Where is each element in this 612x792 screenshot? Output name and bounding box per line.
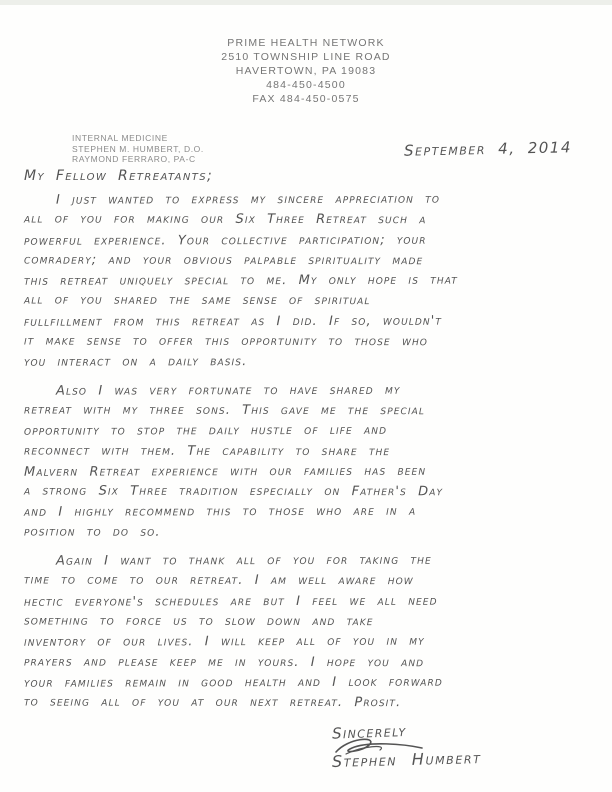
practice-department: INTERNAL MEDICINE	[72, 133, 204, 144]
letterhead-city-state-zip: HAVERTOWN, PA 19083	[0, 64, 612, 78]
body-line: inventory of our lives. I will keep all …	[24, 631, 590, 653]
paragraph-1: I just wanted to express my sincere appr…	[24, 190, 590, 373]
body-line: Again I want to thank all of you for tak…	[24, 550, 590, 572]
body-line: something to force us to slow down and t…	[24, 611, 590, 632]
body-line: all of you for making our Six Three Retr…	[24, 210, 590, 231]
scanned-letter-page: { "letterhead": { "org": "PRIME HEALTH N…	[0, 0, 612, 792]
letterhead-org-name: PRIME HEALTH NETWORK	[0, 36, 612, 50]
body-line: position to do so.	[24, 522, 590, 543]
body-line: hectic everyone's schedules are but I fe…	[24, 591, 590, 613]
body-line: a strong Six Three tradition especially …	[24, 482, 590, 503]
practice-block: INTERNAL MEDICINE STEPHEN M. HUMBERT, D.…	[72, 133, 204, 165]
closing-block: Sincerely Stephen Humbert	[332, 722, 481, 769]
body-line: Malvern Retreat experience with our fami…	[24, 461, 590, 483]
practice-physician: STEPHEN M. HUMBERT, D.O.	[72, 144, 204, 155]
practice-assistant: RAYMOND FERRARO, PA-C	[72, 154, 204, 165]
signature-name: Stephen Humbert	[332, 748, 482, 771]
letterhead: PRIME HEALTH NETWORK 2510 TOWNSHIP LINE …	[0, 36, 612, 106]
body-line: comradery; and your obvious palpable spi…	[24, 250, 590, 271]
body-line: this retreat uniquely special to me. My …	[24, 270, 590, 292]
letterhead-address: 2510 TOWNSHIP LINE ROAD	[0, 50, 612, 64]
body-line: prayers and please keep me in yours. I h…	[24, 652, 590, 673]
scan-edge-artifact	[0, 0, 612, 5]
body-line: time to come to our retreat. I am well a…	[24, 571, 590, 592]
body-line: it make sense to offer this opportunity …	[24, 332, 590, 353]
letterhead-fax: FAX 484-450-0575	[0, 92, 612, 106]
handwritten-date: September 4, 2014	[404, 138, 572, 160]
body-line: I just wanted to express my sincere appr…	[24, 189, 590, 211]
body-line: powerful experience. Your collective par…	[24, 230, 590, 252]
body-line: reconnect with them. The capability to s…	[24, 441, 590, 462]
salutation: My Fellow Retreatants;	[24, 168, 590, 190]
body-line: Also I was very fortunate to have shared…	[24, 380, 590, 402]
body-line: your families remain in good health and …	[24, 672, 590, 694]
body-line: all of you shared the same sense of spir…	[24, 291, 590, 312]
body-line: and I highly recommend this to those who…	[24, 502, 590, 524]
body-line: you interact on a daily basis.	[24, 352, 590, 374]
valediction: Sincerely	[332, 719, 482, 742]
body-line: retreat with my three sons. This gave me…	[24, 400, 590, 421]
letter-body: My Fellow Retreatants; I just wanted to …	[24, 168, 590, 713]
letterhead-phone: 484-450-4500	[0, 78, 612, 92]
paragraph-3: Again I want to thank all of you for tak…	[24, 551, 590, 713]
body-line: fullfillment from this retreat as I did.…	[24, 311, 590, 333]
body-line: opportunity to stop the daily hustle of …	[24, 421, 590, 443]
paragraph-2: Also I was very fortunate to have shared…	[24, 381, 590, 543]
body-line: to seeing all of you at our next retreat…	[24, 693, 590, 714]
